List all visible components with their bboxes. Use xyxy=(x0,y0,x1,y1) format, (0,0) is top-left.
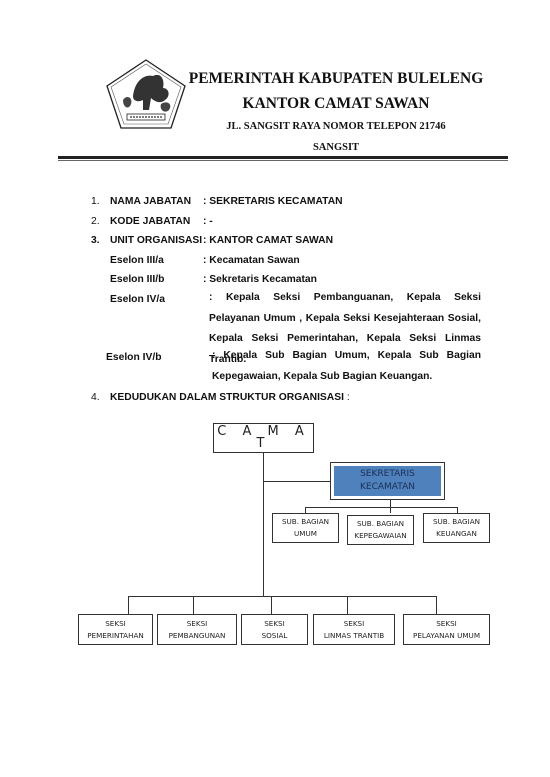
letterhead-divider-thin xyxy=(58,160,508,161)
org-box-seksi-linmas-trantib: SEKSILINMAS TRANTIB xyxy=(313,614,395,645)
field-label: NAMA JABATAN xyxy=(110,196,191,207)
section-heading-text: KEDUDUKAN DALAM STRUKTUR ORGANISASI xyxy=(110,392,344,403)
org-box-label: SEKSI xyxy=(324,618,384,630)
org-box-label: SEKSI xyxy=(87,618,144,630)
org-box-label: SEKSI xyxy=(262,618,288,630)
connector-sub-2 xyxy=(390,507,391,513)
field-label: UNIT ORGANISASI xyxy=(110,235,202,246)
connector-section-1 xyxy=(128,596,129,614)
regency-crest-logo xyxy=(105,58,187,130)
org-box-label: SUB. BAGIAN xyxy=(433,516,480,528)
org-box-sekretaris-fill: SEKRETARIS KECAMATAN xyxy=(334,466,441,496)
letterhead-office: KANTOR CAMAT SAWAN xyxy=(136,95,536,113)
org-box-seksi-sosial: SEKSISOSIAL xyxy=(241,614,308,645)
field-row-kode-jabatan: 2. xyxy=(91,216,100,227)
eselon-value: : Kecamatan Sawan xyxy=(203,255,300,266)
field-value: : KANTOR CAMAT SAWAN xyxy=(203,235,333,246)
field-row-unit-organisasi: 3. xyxy=(91,235,100,246)
org-box-label: KEUANGAN xyxy=(433,528,480,540)
org-box-seksi-pelayanan-umum: SEKSIPELAYANAN UMUM xyxy=(403,614,490,645)
field-value: : SEKRETARIS KECAMATAN xyxy=(203,196,343,207)
org-box-seksi-pembangunan: SEKSIPEMBANGUNAN xyxy=(157,614,237,645)
connector-sections-horizontal xyxy=(128,596,437,597)
org-box-label: SOSIAL xyxy=(262,630,288,642)
field-row-nama-jabatan: 1. xyxy=(91,196,100,207)
section-heading-colon: : xyxy=(344,392,350,403)
org-box-label: KEPEGAWAIAN xyxy=(354,530,406,542)
eselon-label: Eselon IV/b xyxy=(106,352,162,363)
section-number: 4. xyxy=(91,392,100,403)
eselon-label: Eselon III/b xyxy=(110,274,164,285)
connector-to-secretary xyxy=(263,481,330,482)
org-box-label: SEKSI xyxy=(169,618,226,630)
org-box-label: LINMAS TRANTIB xyxy=(324,630,384,642)
org-box-label: UMUM xyxy=(282,528,329,540)
connector-secretary-down xyxy=(390,500,391,507)
field-value: : - xyxy=(203,216,213,227)
field-number: 2. xyxy=(91,216,100,227)
field-number: 1. xyxy=(91,196,100,207)
org-box-label: SEKRETARIS xyxy=(360,468,415,481)
org-box-seksi-pemerintahan: SEKSIPEMERINTAHAN xyxy=(78,614,153,645)
connector-section-5 xyxy=(436,596,437,614)
letterhead-government: PEMERINTAH KABUPATEN BULELENG xyxy=(136,70,536,88)
buleleng-regency-crest-icon xyxy=(105,58,187,130)
connector-main-vertical xyxy=(263,452,264,596)
eselon-value: : Sekretaris Kecamatan xyxy=(203,274,317,285)
field-label: KODE JABATAN xyxy=(110,216,190,227)
org-box-label: SUB. BAGIAN xyxy=(354,518,406,530)
section-num-text: 4. xyxy=(91,392,100,403)
org-box-camat: C A M A T xyxy=(213,423,314,453)
letterhead-divider xyxy=(58,156,508,159)
org-box-sub-umum: SUB. BAGIANUMUM xyxy=(272,513,339,543)
org-box-label: PELAYANAN UMUM xyxy=(413,630,480,642)
connector-sub-horizontal xyxy=(305,507,458,508)
letterhead-address: JL. SANGSIT RAYA NOMOR TELEPON 21746 xyxy=(136,121,536,132)
org-box-sub-kepegawaian: SUB. BAGIANKEPEGAWAIAN xyxy=(347,515,414,545)
org-box-label: KECAMATAN xyxy=(360,481,415,494)
section-heading: KEDUDUKAN DALAM STRUKTUR ORGANISASI : xyxy=(110,392,350,403)
field-number: 3. xyxy=(91,235,100,246)
org-box-label: PEMBANGUNAN xyxy=(169,630,226,642)
letterhead-city: SANGSIT xyxy=(136,142,536,153)
eselon-label: Eselon III/a xyxy=(110,255,164,266)
org-box-label: PEMERINTAHAN xyxy=(87,630,144,642)
org-box-label: C A M A T xyxy=(214,426,313,450)
connector-section-4 xyxy=(347,596,348,614)
org-box-sub-keuangan: SUB. BAGIANKEUANGAN xyxy=(423,513,490,543)
eselon-label: Eselon IV/a xyxy=(110,294,165,305)
connector-section-3 xyxy=(271,596,272,614)
connector-section-2 xyxy=(193,596,194,614)
org-box-label: SUB. BAGIAN xyxy=(282,516,329,528)
eselon-value: : Kepala Sub Bagian Umum, Kepala Sub Bag… xyxy=(212,346,481,387)
org-box-label: SEKSI xyxy=(413,618,480,630)
org-box-sekretaris: SEKRETARIS KECAMATAN xyxy=(330,462,445,500)
